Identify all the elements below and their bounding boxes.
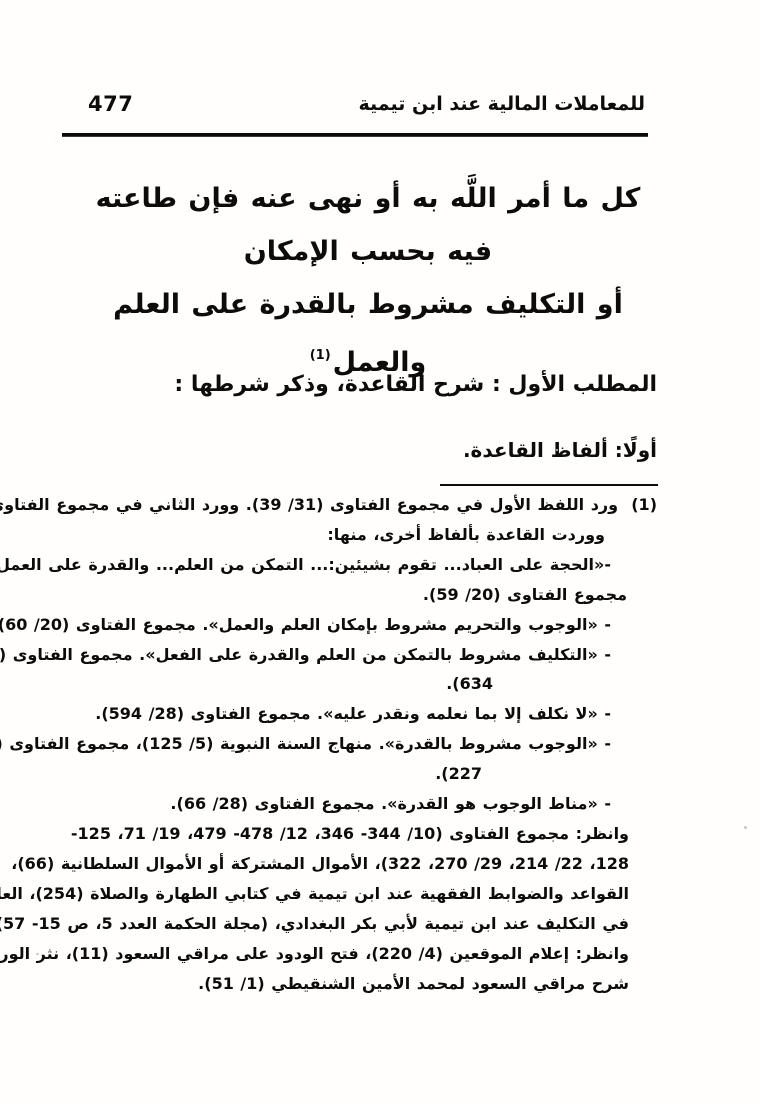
footnote-line: مجموع الفتاوى (20/ 59). bbox=[61, 580, 657, 610]
footnote-line: (1) ورد اللفظ الأول في مجموع الفتاوى (31… bbox=[61, 490, 657, 520]
footnote-line: - «التكليف مشروط بالتمكن من العلم والقدر… bbox=[61, 640, 657, 670]
footnote-line: 128، 22/ 214، 29/ 270، 322)، الأموال الم… bbox=[61, 849, 657, 879]
footnote-line: - «الوجوب مشروط بالقدرة». منهاج السنة ال… bbox=[61, 729, 657, 759]
scan-speck bbox=[744, 826, 747, 829]
footnote-line: ووردت القاعدة بألفاظ أخرى، منها: bbox=[61, 520, 657, 550]
footnote-line: -«الحجة على العباد... تقوم بشيئين:... ال… bbox=[61, 550, 657, 580]
footnote-ref-marker: (1) bbox=[310, 348, 331, 363]
footnotes-block: (1) ورد اللفظ الأول في مجموع الفتاوى (31… bbox=[61, 490, 657, 998]
scan-speck bbox=[556, 449, 558, 451]
footnote-separator-rule bbox=[440, 484, 658, 486]
book-page: 477 للمعاملات المالية عند ابن تيمية كل م… bbox=[0, 0, 760, 1104]
qaida-line-3-text: أو التكليف مشروط بالقدرة على العلم والعم… bbox=[113, 289, 623, 378]
footnote-line: في التكليف عند ابن تيمية لأبي بكر البغدا… bbox=[61, 909, 657, 939]
footnote-line: 227). bbox=[61, 759, 657, 789]
qaida-line-1: كل ما أمر اللَّه به أو نهى عنه فإن طاعته bbox=[88, 172, 648, 225]
header-rule bbox=[62, 133, 648, 137]
page-number: 477 bbox=[88, 92, 133, 116]
first-subheading: أولًا: ألفاظ القاعدة. bbox=[463, 438, 657, 462]
footnote-line: وانظر: إعلام الموقعين (4/ 220)، فتح الود… bbox=[61, 939, 657, 969]
footnote-line: وانظر: مجموع الفتاوى (10/ 344- 346، 12/ … bbox=[61, 819, 657, 849]
scan-speck bbox=[36, 953, 39, 955]
qaida-heading: كل ما أمر اللَّه به أو نهى عنه فإن طاعته… bbox=[62, 172, 648, 389]
running-title: للمعاملات المالية عند ابن تيمية bbox=[358, 93, 645, 115]
footnote-line: - «لا نكلف إلا بما نعلمه ونقدر عليه». مج… bbox=[61, 699, 657, 729]
matlab-heading: المطلب الأول : شرح القاعدة، وذكر شرطها : bbox=[174, 372, 657, 397]
qaida-line-2: فيه بحسب الإمكان bbox=[88, 225, 648, 278]
footnote-line: شرح مراقي السعود لمحمد الأمين الشنقيطي (… bbox=[61, 969, 657, 999]
footnote-line: 634). bbox=[61, 669, 657, 699]
footnote-line: - «الوجوب والتحريم مشروط بإمكان العلم وا… bbox=[61, 610, 657, 640]
footnote-line: القواعد والضوابط الفقهية عند ابن تيمية ف… bbox=[61, 879, 657, 909]
footnote-line: - «مناط الوجوب هو القدرة». مجموع الفتاوى… bbox=[61, 789, 657, 819]
